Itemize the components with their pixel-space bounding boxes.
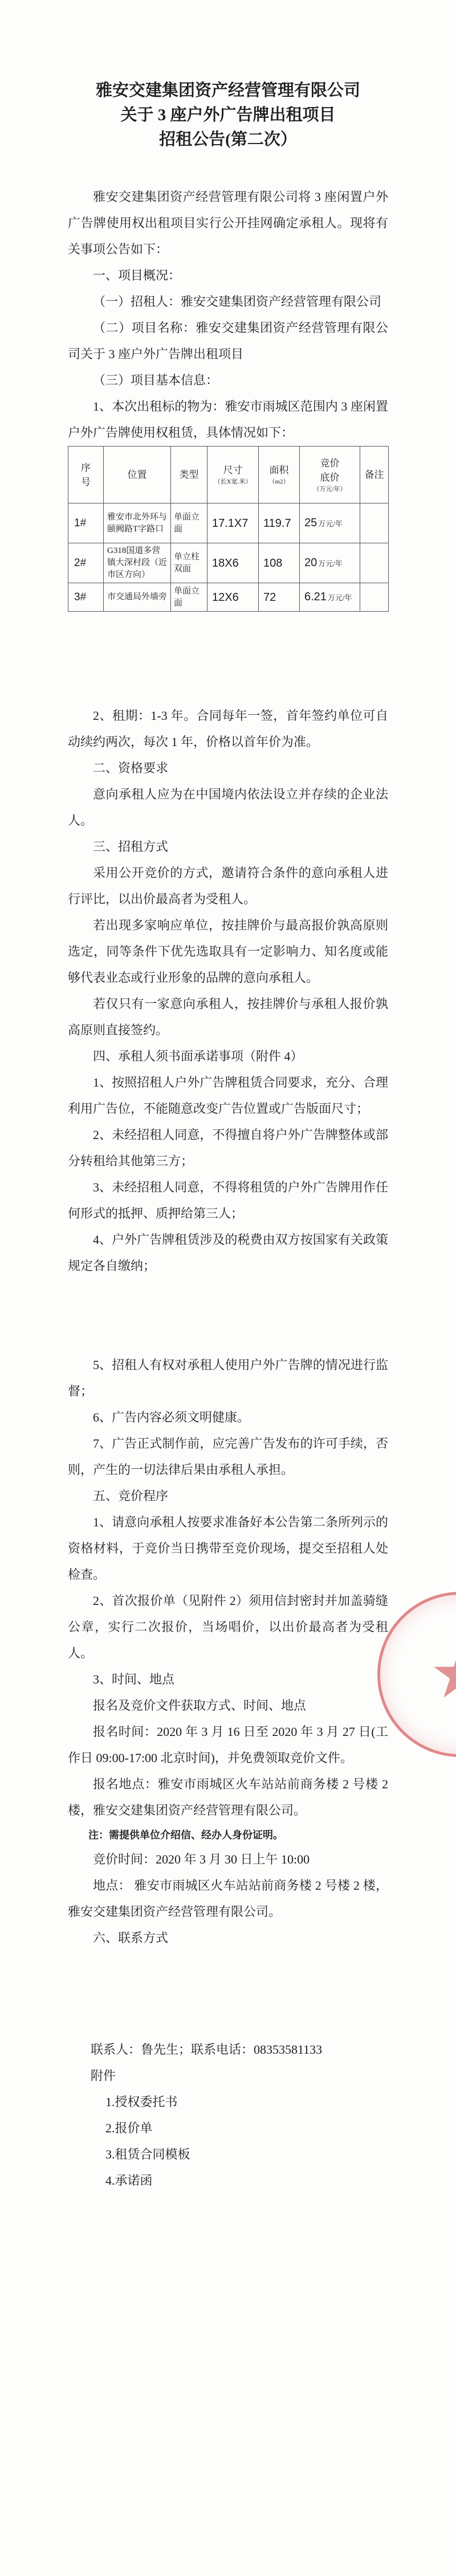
registration-time: 报名时间：2020 年 3 月 16 日至 2020 年 3 月 27 日(工作… [68,1719,388,1771]
bidding-place: 地点： 雅安市雨城区火车站站前商务楼 2 号楼 2 楼，雅安交建集团资产经营管理… [68,1873,388,1925]
official-seal: ★ [377,1592,456,1757]
registration-place: 报名地点：雅安市雨城区火车站站前商务楼 2 号楼 2 楼，雅安交建集团资产经营管… [68,1771,388,1824]
contact-line: 联系人：鲁先生；联系电话：08353581133 [91,2037,388,2063]
section-1-item-5: 2、租期：1-3 年。合同每年一签，首年签约单位可自动续约两次，每次 1 年，价… [68,703,388,755]
registration-note: 注：需提供单位介绍信、经办人身份证明。 [68,1824,388,1846]
heading-section-5: 五、竞价程序 [68,1483,388,1509]
table-header-row: 序号 位置 类型 尺寸（长X宽.米） 面积（m2） 竞价底价（万元/年） 备注 [68,447,389,503]
col-header-note: 备注 [360,447,389,503]
cell-type: 单面立面 [171,503,207,543]
section-4-item-7: 7、广告正式制作前，应完善广告发布的许可手续，否则，产生的一切法律后果由承租人承… [68,1431,388,1483]
attachments-heading: 附件 [91,2063,388,2089]
section-1-item-2: （二）项目名称：雅安交建集团资产经营管理有限公司关于 3 座户外广告牌出租项目 [68,315,388,367]
cell-type: 单面立面 [171,583,207,612]
title-line-2: 关于 3 座户外广告牌出租项目 [0,103,456,128]
paragraph-intro: 雅安交建集团资产经营管理有限公司将 3 座闲置户外广告牌使用权出租项目实行公开挂… [68,184,388,263]
table-row: 2# G318国道多营镇大深村段（近市区方向） 单立柱双面 18X6 108 2… [68,543,389,583]
section-3-paragraph-2: 若出现多家响应单位，按挂牌价与最高报价孰高原则选定，同等条件下优先选取具有一定影… [68,912,388,991]
col-header-price: 竞价底价（万元/年） [300,447,360,503]
cell-location: 市交通局外墙旁 [104,583,171,612]
attachment-item: 2.报价单 [91,2115,388,2141]
cell-location: G318国道多营镇大深村段（近市区方向） [104,543,171,583]
cell-note [360,503,389,543]
attachment-item: 1.授权委托书 [91,2089,388,2115]
cell-note [360,543,389,583]
section-4-item-3: 3、未经招租人同意，不得将租赁的户外广告牌用作任何形式的抵押、质押给第三人； [68,1174,388,1227]
section-3-paragraph-3: 若仅只有一家意向承租人，按挂牌价与承租人报价孰高原则直接签约。 [68,991,388,1043]
table-row: 1# 雅安市北外环与颐阙路T字路口 单面立面 17.1X7 119.7 25万元… [68,503,389,543]
section-5-item-2: 2、首次报价单（见附件 2）须用信封密封并加盖骑缝公章，实行二次报价，当场唱价，… [68,1588,388,1666]
section-1-item-3: （三）项目基本信息： [68,367,388,394]
attachment-item: 4.承诺函 [91,2168,388,2194]
cell-price: 6.21万元/年 [300,583,360,612]
document-title: 雅安交建集团资产经营管理有限公司 关于 3 座户外广告牌出租项目 招租公告(第二… [0,79,456,152]
page-break-gap [68,1951,388,2037]
title-line-3: 招租公告(第二次） [0,128,456,152]
section-1-item-1: （一）招租人：雅安交建集团资产经营管理有限公司 [68,289,388,315]
title-line-1: 雅安交建集团资产经营管理有限公司 [0,79,456,103]
heading-section-6: 六、联系方式 [68,1925,388,1951]
billboard-table: 序号 位置 类型 尺寸（长X宽.米） 面积（m2） 竞价底价（万元/年） 备注 … [68,446,389,612]
section-4-item-1: 1、按照招租人户外广告牌租赁合同要求，充分、合理利用广告位，不能随意改变广告位置… [68,1070,388,1122]
cell-no: 3# [68,583,104,612]
announcement-document: 雅安交建集团资产经营管理有限公司 关于 3 座户外广告牌出租项目 招租公告(第二… [0,0,456,2576]
col-header-location: 位置 [104,447,171,503]
section-1-item-4: 1、本次出租标的物为：雅安市雨城区范围内 3 座闲置户外广告牌使用权租赁，具体情… [68,394,388,446]
cell-no: 2# [68,543,104,583]
heading-section-3: 三、招租方式 [68,834,388,860]
col-header-area: 面积（m2） [259,447,300,503]
cell-size: 18X6 [207,543,259,583]
page-break-gap [68,612,388,703]
section-4-item-5: 5、招租人有权对承租人使用户外广告牌的情况进行监督； [68,1352,388,1404]
section-4-item-4: 4、户外广告牌租赁涉及的税费由双方按国家有关政策规定各自缴纳； [68,1227,388,1279]
cell-area: 108 [259,543,300,583]
cell-area: 119.7 [259,503,300,543]
attachment-item: 3.租赁合同模板 [91,2141,388,2168]
col-header-no: 序号 [68,447,104,503]
cell-type: 单立柱双面 [171,543,207,583]
heading-section-2: 二、资格要求 [68,755,388,781]
cell-size: 12X6 [207,583,259,612]
section-4-item-2: 2、未经招租人同意，不得擅自将户外广告牌整体或部分转租给其他第三方； [68,1122,388,1174]
cell-price: 25万元/年 [300,503,360,543]
cell-location: 雅安市北外环与颐阙路T字路口 [104,503,171,543]
page-break-gap [68,1279,388,1352]
seal-star-icon: ★ [429,1640,456,1709]
contact-block: 联系人：鲁先生；联系电话：08353581133 附件 1.授权委托书 2.报价… [68,2037,388,2194]
cell-price: 20万元/年 [300,543,360,583]
cell-area: 72 [259,583,300,612]
cell-size: 17.1X7 [207,503,259,543]
heading-section-1: 一、项目概况： [68,263,388,289]
cell-no: 1# [68,503,104,543]
document-body: 雅安交建集团资产经营管理有限公司将 3 座闲置户外广告牌使用权出租项目实行公开挂… [68,184,388,2194]
section-5-item-4: 报名及竞价文件获取方式、时间、地点 [68,1693,388,1719]
section-3-paragraph-1: 采用公开竞价的方式，邀请符合条件的意向承租人进行评比，以出价最高者为受租人。 [68,860,388,912]
cell-note [360,583,389,612]
section-5-item-1: 1、请意向承租人按要求准备好本公告第二条所列示的资格材料，于竞价当日携带至竞价现… [68,1509,388,1588]
col-header-type: 类型 [171,447,207,503]
heading-section-4: 四、承租人须书面承诺事项（附件 4） [68,1043,388,1070]
section-4-item-6: 6、广告内容必须文明健康。 [68,1404,388,1431]
bidding-time: 竞价时间：2020 年 3 月 30 日上午 10:00 [68,1846,388,1873]
section-2-text: 意向承租人应为在中国境内依法设立并存续的企业法人。 [68,781,388,834]
section-5-item-3: 3、时间、地点 [68,1666,388,1693]
table-row: 3# 市交通局外墙旁 单面立面 12X6 72 6.21万元/年 [68,583,389,612]
col-header-size: 尺寸（长X宽.米） [207,447,259,503]
